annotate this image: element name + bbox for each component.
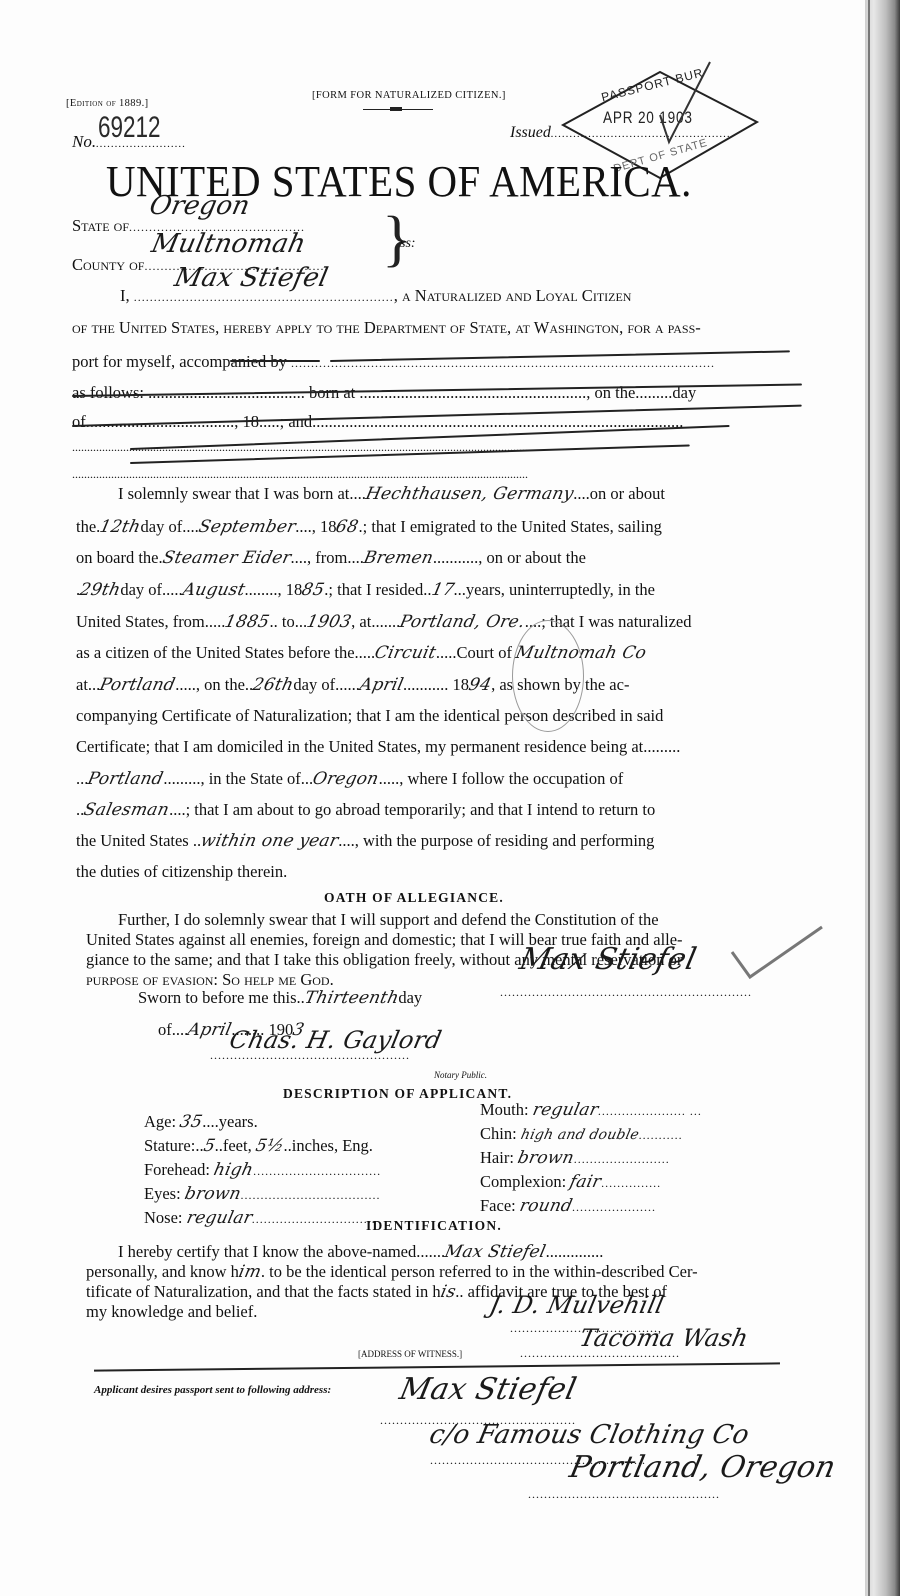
text: ........., in the State of... xyxy=(163,769,313,788)
complexion-row: Complexion: fair............... xyxy=(480,1172,661,1193)
text: day xyxy=(398,988,422,1007)
birth-line: I solemnly swear that I was born at....H… xyxy=(118,484,665,504)
text: ...years, uninterruptedly, in the xyxy=(454,580,655,599)
complexion-value: fair xyxy=(568,1172,603,1192)
stature-row: Stature:..5..feet, 5½..inches, Eng. xyxy=(144,1136,373,1156)
sworn-day-value: Thirteenth xyxy=(303,988,401,1008)
county-value: Multnomah xyxy=(150,234,307,254)
text: of.... xyxy=(158,1020,188,1039)
domicile-line: Certificate; that I am domiciled in the … xyxy=(76,737,680,757)
text: as a citizen of the United States before… xyxy=(76,643,375,662)
years-resided-value: 17 xyxy=(429,580,455,600)
mailing-city: Portland, Oregon xyxy=(568,1458,837,1478)
check-mark-icon xyxy=(655,60,715,150)
text: . to be the identical person referred to… xyxy=(261,1262,698,1281)
text: on board the. xyxy=(76,548,163,567)
text: .; that I resided.. xyxy=(324,580,431,599)
port-value: Bremen xyxy=(362,548,435,568)
forehead-label: Forehead: xyxy=(144,1160,210,1179)
naturalization-year-value: 94 xyxy=(467,675,493,695)
accompanied-label: port for myself, accompanied by xyxy=(72,352,287,371)
identification-heading: IDENTIFICATION. xyxy=(366,1216,502,1236)
return-within-value: within one year xyxy=(199,831,340,851)
signature-dots: ........................................… xyxy=(500,982,752,1002)
pronoun-1-value: im xyxy=(237,1262,263,1282)
form-type-label: [FORM FOR NATURALIZED CITIZEN.] xyxy=(312,86,506,106)
text: ...., 18 xyxy=(295,517,336,536)
oath-heading: OATH OF ALLEGIANCE. xyxy=(324,888,504,908)
birthplace-value: Hechthausen, Germany xyxy=(364,484,576,504)
form-type-rule-mark xyxy=(390,107,402,111)
mailing-dots-3: ........................................… xyxy=(528,1484,720,1504)
oath-line-4: purpose of evasion: So help me God. xyxy=(86,970,334,990)
return-line: the United States ..within one year....,… xyxy=(76,831,654,851)
face-label: Face: xyxy=(480,1196,516,1215)
complexion-label: Complexion: xyxy=(480,1172,566,1191)
nose-value: regular xyxy=(184,1208,253,1228)
domicile-city-value: Portland xyxy=(86,769,165,789)
page-edge-shadow xyxy=(865,0,900,1596)
age-label: Age: xyxy=(144,1112,176,1131)
birth-day-value: 12th xyxy=(98,517,142,537)
nose-label: Nose: xyxy=(144,1208,183,1227)
text: ....; that I am about to go abroad tempo… xyxy=(169,800,655,819)
hair-label: Hair: xyxy=(480,1148,514,1167)
forehead-dots: ................................ xyxy=(253,1164,381,1178)
sworn-month-value: April xyxy=(186,1020,233,1040)
citizen-label: , a Naturalized and Loyal Citizen xyxy=(394,286,632,305)
description-heading: DESCRIPTION OF APPLICANT. xyxy=(283,1084,512,1104)
application-number: 69212 xyxy=(98,112,161,144)
stature-label: Stature:.. xyxy=(144,1136,204,1155)
nose-dots: ............................... xyxy=(252,1212,376,1226)
issued-label-text: Issued xyxy=(510,124,551,141)
applicant-signature: Max Stiefel xyxy=(518,950,698,970)
notary-label: Notary Public. xyxy=(434,1065,487,1085)
strike-accompanied xyxy=(230,360,320,362)
application-line-7: ........................................… xyxy=(72,464,528,484)
stature-inches-value: 5½ xyxy=(254,1136,286,1156)
court-city-value: Portland xyxy=(98,675,177,695)
face-dots: ..................... xyxy=(572,1200,656,1214)
text: tificate of Naturalization, and that the… xyxy=(86,1282,441,1301)
applicant-name: Max Stiefel xyxy=(173,268,330,288)
witness-address-dots: ........................................ xyxy=(520,1343,680,1363)
occupation-line: ..Salesman....; that I am about to go ab… xyxy=(76,800,655,820)
age-suffix: ....years. xyxy=(202,1112,257,1131)
mouth-row: Mouth: regular...................... ... xyxy=(480,1100,702,1121)
from-year-value: 1885 xyxy=(223,612,271,632)
text: .....Court of xyxy=(436,643,516,662)
state-label: State of xyxy=(72,216,129,235)
chin-row: Chin: high and double........... xyxy=(480,1124,683,1145)
text: ....., where I follow the occupation of xyxy=(379,769,624,788)
to-year-value: 1903 xyxy=(305,612,353,632)
text: at... xyxy=(76,675,100,694)
mouth-value: regular xyxy=(531,1100,600,1120)
identification-line-2: personally, and know him. to be the iden… xyxy=(86,1262,698,1282)
age-value: 35 xyxy=(178,1112,204,1132)
mailing-label: Applicant desires passport sent to follo… xyxy=(94,1380,331,1400)
text: .............. xyxy=(546,1242,604,1261)
emigration-day-value: 29th xyxy=(78,580,122,600)
ss-label: ss: xyxy=(400,234,416,254)
emigration-date-line: .29thday of.....August........, 1885.; t… xyxy=(76,580,655,600)
nose-row: Nose: regular...........................… xyxy=(144,1208,376,1229)
text: the. xyxy=(76,517,100,536)
i-prefix: I, xyxy=(120,286,130,305)
ship-line: on board the.Steamer Eider...., from....… xyxy=(76,548,586,568)
text: ........... 18 xyxy=(403,675,469,694)
circled-annotation xyxy=(512,620,584,732)
text: day of...... xyxy=(293,675,359,694)
forehead-row: Forehead: high..........................… xyxy=(144,1160,381,1181)
birth-year-value: 68 xyxy=(334,517,360,537)
number-label-text: No. xyxy=(72,132,96,151)
birth-month-value: September xyxy=(197,517,298,537)
identified-name-value: Max Stiefel xyxy=(443,1242,548,1262)
inches-label: ..inches, Eng. xyxy=(284,1136,373,1155)
sworn-line: Sworn to before me this..Thirteenthday xyxy=(138,988,422,1008)
witness-signature: J. D. Mulvehill xyxy=(488,1295,666,1315)
occupation-value: Salesman xyxy=(82,800,171,820)
text: day of..... xyxy=(120,580,182,599)
duties-line: the duties of citizenship therein. xyxy=(76,862,287,882)
text: personally, and know h xyxy=(86,1262,239,1281)
chin-dots: ........... xyxy=(639,1128,683,1142)
eyes-value: brown xyxy=(183,1184,243,1204)
hair-dots: ........................ xyxy=(574,1152,670,1166)
residence-line: United States, from.....1885.. to...1903… xyxy=(76,612,691,632)
court-type-value: Circuit xyxy=(373,643,438,663)
text: .; that I emigrated to the United States… xyxy=(359,517,662,536)
hair-row: Hair: brown........................ xyxy=(480,1148,670,1169)
text: , at....... xyxy=(351,612,400,631)
text: day of.... xyxy=(141,517,199,536)
text: ..........., on or about the xyxy=(433,548,586,567)
eyes-label: Eyes: xyxy=(144,1184,181,1203)
domicile-state-line: ...Portland........., in the State of...… xyxy=(76,769,623,789)
forehead-value: high xyxy=(212,1160,255,1180)
text: .. to... xyxy=(269,612,307,631)
face-value: round xyxy=(518,1196,574,1216)
application-line-2: of the United States, hereby apply to th… xyxy=(72,318,701,338)
chin-label: Chin: xyxy=(480,1124,517,1143)
text: United States, from..... xyxy=(76,612,225,631)
text: ....., on the.. xyxy=(175,675,253,694)
notary-dots: ........................................… xyxy=(210,1045,410,1065)
naturalization-day-value: 26th xyxy=(251,675,295,695)
text: the United States .. xyxy=(76,831,201,850)
mouth-dots: ...................... ... xyxy=(598,1104,702,1118)
birth-date-line: the.12thday of....September...., 1868.; … xyxy=(76,517,662,537)
text: ....on or about xyxy=(573,484,665,503)
naturalization-month-value: April xyxy=(358,675,405,695)
witness-address-label: [ADDRESS OF WITNESS.] xyxy=(358,1344,462,1364)
residence-city-value: Portland, Ore. xyxy=(398,612,527,632)
eyes-row: Eyes: brown.............................… xyxy=(144,1184,381,1205)
age-row: Age: 35....years. xyxy=(144,1112,258,1132)
state-value: Oregon xyxy=(148,196,252,216)
text: I hereby certify that I know the above-n… xyxy=(118,1242,445,1261)
hair-value: brown xyxy=(516,1148,576,1168)
emigration-year-value: 85 xyxy=(300,580,326,600)
page-edge-line xyxy=(868,0,870,1596)
emigration-month-value: August xyxy=(181,580,247,600)
oath-line-1: Further, I do solemnly swear that I will… xyxy=(118,910,659,930)
identification-line-1: I hereby certify that I know the above-n… xyxy=(118,1242,603,1262)
mailing-name: Max Stiefel xyxy=(398,1380,578,1400)
identification-line-4: my knowledge and belief. xyxy=(86,1302,257,1322)
text: Sworn to before me this.. xyxy=(138,988,305,1007)
mailing-care-of: c/o Famous Clothing Co xyxy=(428,1425,751,1445)
check-mark-icon-2 xyxy=(730,922,825,982)
text: ...., from.... xyxy=(291,548,364,567)
ship-value: Steamer Eider xyxy=(160,548,292,568)
text: ........, 18 xyxy=(244,580,302,599)
pronoun-2-value: is xyxy=(438,1282,457,1302)
complexion-dots: ............... xyxy=(601,1176,661,1190)
domicile-state-value: Oregon xyxy=(311,769,381,789)
chin-value: high and double xyxy=(519,1125,641,1145)
face-row: Face: round..................... xyxy=(480,1196,656,1217)
feet-label: ..feet, xyxy=(215,1136,252,1155)
mouth-label: Mouth: xyxy=(480,1100,529,1119)
text: I solemnly swear that I was born at.... xyxy=(118,484,366,503)
text: ...., with the purpose of residing and p… xyxy=(338,831,654,850)
eyes-dots: ................................... xyxy=(241,1188,381,1202)
county-label: County of xyxy=(72,255,144,274)
